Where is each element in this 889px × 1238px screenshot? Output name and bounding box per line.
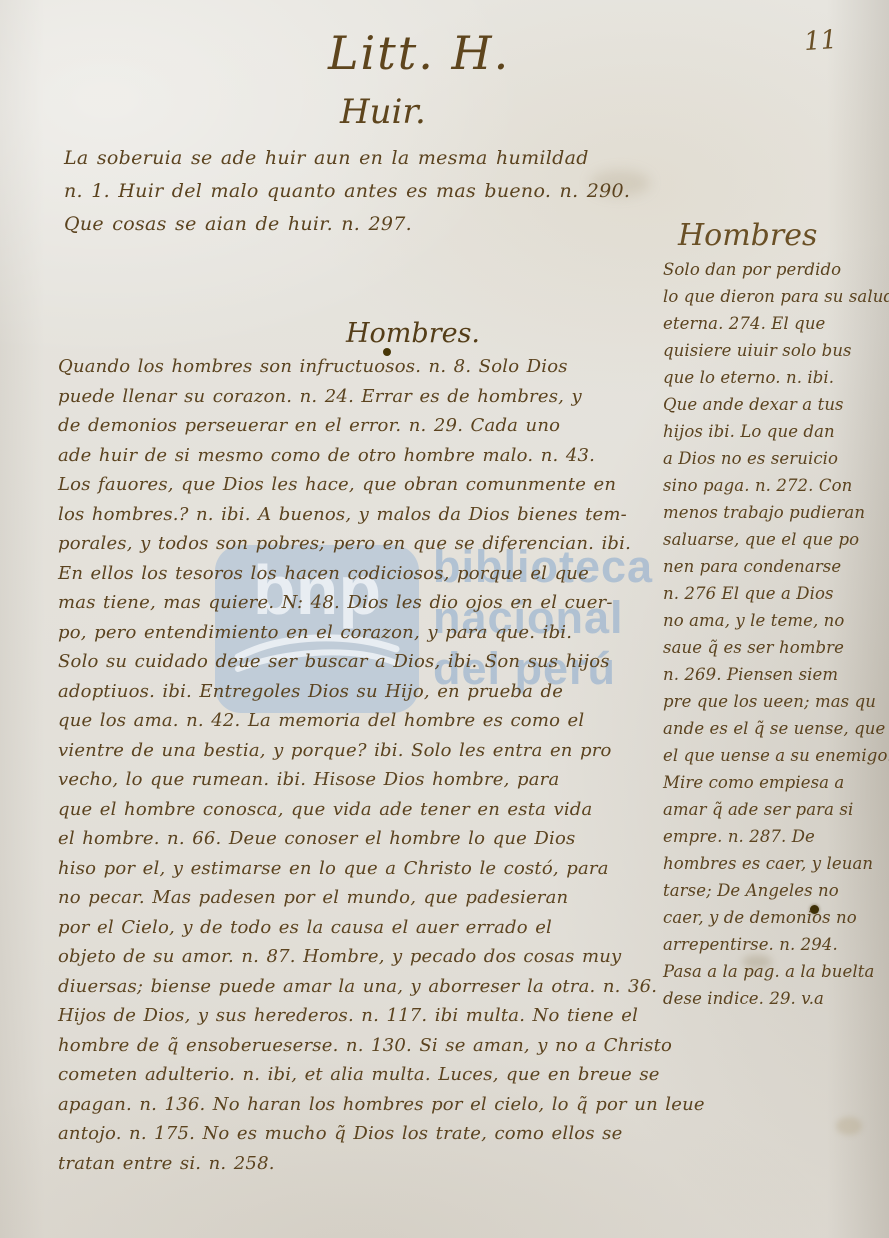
margin-note-line: saluarse, que el que po xyxy=(663,526,889,553)
huir-index-block: La soberuia se ade huir aun en la mesma … xyxy=(64,142,630,241)
hombres-text-line: cometen adulterio. n. ibi, et alia multa… xyxy=(58,1060,658,1090)
hombres-text-line: Solo su cuidado deue ser buscar a Dios, … xyxy=(58,647,658,677)
hombres-text-line: Hijos de Dios, y sus herederos. n. 117. … xyxy=(58,1001,658,1031)
margin-note-line: saue q̃ es ser hombre xyxy=(663,634,889,661)
letter-title: Litt. H. xyxy=(328,26,510,80)
hombres-text-line: hiso por el, y estimarse en lo que a Chr… xyxy=(58,854,658,884)
manuscript-page: bnp bibliotecanacionaldel perú 11 Litt. … xyxy=(0,0,889,1238)
section-title-huir: Huir. xyxy=(340,92,426,132)
margin-note-line: tarse; De Angeles no xyxy=(663,877,889,904)
margin-note-line: n. 276 El que a Dios xyxy=(663,580,889,607)
hombres-text-line: adoptiuos. ibi. Entregoles Dios su Hijo,… xyxy=(58,677,658,707)
huir-index-line: Que cosas se aian de huir. n. 297. xyxy=(64,208,630,241)
hombres-text-line: mas tiene, mas quiere. N: 48. Dios les d… xyxy=(58,588,658,618)
margin-note-line: hijos ibi. Lo que dan xyxy=(663,418,889,445)
hombres-text-line: En ellos los tesoros los hacen codicioso… xyxy=(58,559,658,589)
hombres-text-line: vientre de una bestia, y porque? ibi. So… xyxy=(58,736,658,766)
hombres-text-line: puede llenar su corazon. n. 24. Errar es… xyxy=(58,382,658,412)
margin-note-line: eterna. 274. El que xyxy=(663,310,889,337)
margin-note-line: nen para condenarse xyxy=(663,553,889,580)
hombres-text-line: tratan entre si. n. 258. xyxy=(58,1149,658,1179)
margin-note-line: caer, y de demonios no xyxy=(663,904,889,931)
hombres-text-line: por el Cielo, y de todo es la causa el a… xyxy=(58,913,658,943)
hombres-text-line: Los fauores, que Dios les hace, que obra… xyxy=(58,470,658,500)
margin-note-line: a Dios no es seruicio xyxy=(663,445,889,472)
hombres-text-line: antojo. n. 175. No es mucho q̃ Dios los … xyxy=(58,1119,658,1149)
hombres-text-line: que los ama. n. 42. La memoria del hombr… xyxy=(58,706,658,736)
hombres-text-line: los hombres.? n. ibi. A buenos, y malos … xyxy=(58,500,658,530)
hombres-text-line: hombre de q̃ ensoberueserse. n. 130. Si … xyxy=(58,1031,658,1061)
hombres-heading: Hombres. xyxy=(346,318,480,349)
hombres-text-line: el hombre. n. 66. Deue conoser el hombre… xyxy=(58,824,658,854)
margin-note-line: lo que dieron para su salud xyxy=(663,283,889,310)
hombres-text-line: objeto de su amor. n. 87. Hombre, y peca… xyxy=(58,942,658,972)
margin-note-line: arrepentirse. n. 294. xyxy=(663,931,889,958)
hombres-text-line: Quando los hombres son infructuosos. n. … xyxy=(58,352,658,382)
margin-note-line: el que uense a su enemigo. xyxy=(663,742,889,769)
margin-notes-block: Solo dan por perdidolo que dieron para s… xyxy=(663,256,889,1012)
hombres-text-line: apagan. n. 136. No haran los hombres por… xyxy=(58,1090,658,1120)
margin-note-line: no ama, y le teme, no xyxy=(663,607,889,634)
hombres-text-line: vecho, lo que rumean. ibi. Hisose Dios h… xyxy=(58,765,658,795)
margin-note-line: ande es el q̃ se uense, que xyxy=(663,715,889,742)
hombres-text-line: po, pero entendimiento en el corazon, y … xyxy=(58,618,658,648)
margin-note-line: sino paga. n. 272. Con xyxy=(663,472,889,499)
margin-note-line: n. 269. Piensen siem xyxy=(663,661,889,688)
hombres-text-block: Quando los hombres son infructuosos. n. … xyxy=(58,352,658,1178)
huir-index-line: La soberuia se ade huir aun en la mesma … xyxy=(64,142,630,175)
hombres-text-line: diuersas; biense puede amar la una, y ab… xyxy=(58,972,658,1002)
margin-note-line: Pasa a la pag. a la buelta xyxy=(663,958,889,985)
huir-index-line: n. 1. Huir del malo quanto antes es mas … xyxy=(64,175,630,208)
margin-note-line: Mire como empiesa a xyxy=(663,769,889,796)
margin-note-line: que lo eterno. n. ibi. xyxy=(663,364,889,391)
paper-stain xyxy=(836,1117,862,1135)
margin-note-line: dese indice. 29. v.a xyxy=(663,985,889,1012)
hombres-text-line: porales, y todos son pobres; pero en que… xyxy=(58,529,658,559)
hombres-text-line: que el hombre conosca, que vida ade tene… xyxy=(58,795,658,825)
margin-note-line: hombres es caer, y leuan xyxy=(663,850,889,877)
hombres-text-line: de demonios perseuerar en el error. n. 2… xyxy=(58,411,658,441)
margin-note-line: Que ande dexar a tus xyxy=(663,391,889,418)
hombres-text-line: no pecar. Mas padesen por el mundo, que … xyxy=(58,883,658,913)
margin-note-line: Solo dan por perdido xyxy=(663,256,889,283)
margin-note-line: empre. n. 287. De xyxy=(663,823,889,850)
margin-note-line: menos trabajo pudieran xyxy=(663,499,889,526)
margin-hombres-heading: Hombres xyxy=(678,218,817,253)
margin-note-line: pre que los ueen; mas qu xyxy=(663,688,889,715)
margin-note-line: amar q̃ ade ser para si xyxy=(663,796,889,823)
margin-note-line: quisiere uiuir solo bus xyxy=(663,337,889,364)
hombres-text-line: ade huir de si mesmo como de otro hombre… xyxy=(58,441,658,471)
page-number: 11 xyxy=(803,25,838,57)
